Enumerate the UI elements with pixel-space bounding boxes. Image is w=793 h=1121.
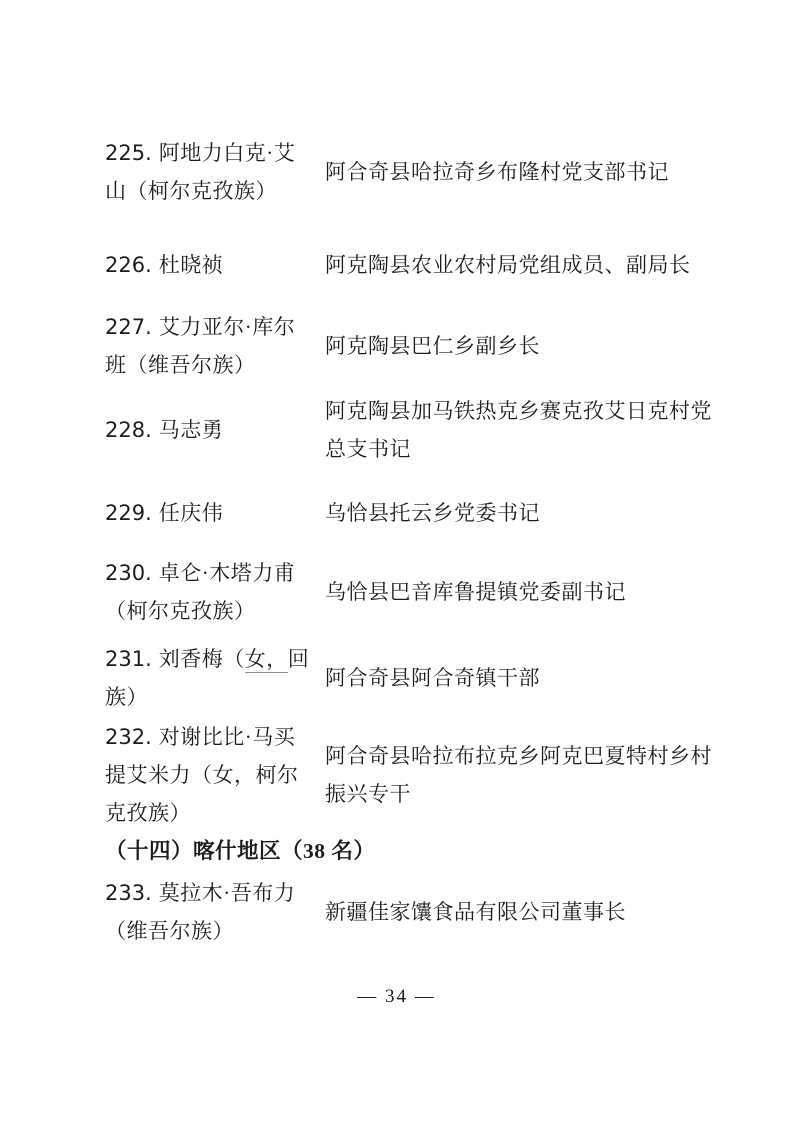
entry-name: 231.刘香梅（女，回 族） — [105, 640, 325, 716]
list-item: 226.杜晓祯 阿克陶县农业农村局党组成员、副局长 — [105, 246, 690, 284]
list-item: 225.阿地力白克·艾 山（柯尔克孜族） 阿合奇县哈拉奇乡布隆村党支部书记 — [105, 134, 690, 210]
page-number: — 34 — — [0, 986, 793, 1008]
entry-name: 227.艾力亚尔·库尔 班（维吾尔族） — [105, 308, 325, 384]
entry-position: 阿克陶县巴仁乡副乡长 — [325, 327, 690, 365]
entry-name: 229.任庆伟 — [105, 494, 325, 532]
list-item: 230.卓仑·木塔力甫 （柯尔克孜族） 乌恰县巴音库鲁提镇党委副书记 — [105, 554, 690, 630]
entry-position: 阿克陶县加马铁热克乡赛克孜艾日克村党 总支书记 — [325, 392, 712, 468]
entry-name: 232.对谢比比·马买 提艾米力（女，柯尔 克孜族） — [105, 718, 325, 832]
entry-number: 232. — [105, 725, 152, 749]
entry-name: 226.杜晓祯 — [105, 246, 325, 284]
entry-number: 229. — [105, 501, 152, 525]
list-item: 232.对谢比比·马买 提艾米力（女，柯尔 克孜族） 阿合奇县哈拉布拉克乡阿克巴… — [105, 718, 690, 832]
entry-position: 阿合奇县阿合奇镇干部 — [325, 659, 690, 697]
entry-name-text: 刘香梅（ — [159, 647, 245, 671]
list-item: 227.艾力亚尔·库尔 班（维吾尔族） 阿克陶县巴仁乡副乡长 — [105, 308, 690, 384]
section-heading: （十四）喀什地区（38 名） — [105, 832, 690, 870]
entry-number: 226. — [105, 253, 152, 277]
underline-annotation: 女， — [245, 647, 288, 673]
list-item: 228.马志勇 阿克陶县加马铁热克乡赛克孜艾日克村党 总支书记 — [105, 392, 690, 468]
entry-name-text: 任庆伟 — [159, 501, 224, 525]
list-item: 233.莫拉木·吾布力 （维吾尔族） 新疆佳家馕食品有限公司董事长 — [105, 874, 690, 950]
entry-position: 阿合奇县哈拉奇乡布隆村党支部书记 — [325, 153, 690, 191]
document-body: 225.阿地力白克·艾 山（柯尔克孜族） 阿合奇县哈拉奇乡布隆村党支部书记 22… — [0, 0, 793, 950]
entry-number: 230. — [105, 561, 152, 585]
list-item: 231.刘香梅（女，回 族） 阿合奇县阿合奇镇干部 — [105, 640, 690, 716]
entry-number: 225. — [105, 141, 152, 165]
entry-number: 228. — [105, 418, 152, 442]
list-item: 229.任庆伟 乌恰县托云乡党委书记 — [105, 494, 690, 532]
entry-name: 228.马志勇 — [105, 411, 325, 449]
entry-position: 新疆佳家馕食品有限公司董事长 — [325, 893, 690, 931]
entry-name: 233.莫拉木·吾布力 （维吾尔族） — [105, 874, 325, 950]
entry-position: 阿克陶县农业农村局党组成员、副局长 — [325, 246, 691, 284]
entry-number: 227. — [105, 315, 152, 339]
entry-number: 233. — [105, 881, 152, 905]
entry-name-text: 杜晓祯 — [159, 253, 224, 277]
entry-position: 阿合奇县哈拉布拉克乡阿克巴夏特村乡村 振兴专干 — [325, 737, 712, 813]
entry-position: 乌恰县巴音库鲁提镇党委副书记 — [325, 573, 690, 611]
entry-number: 231. — [105, 647, 152, 671]
entry-name: 230.卓仑·木塔力甫 （柯尔克孜族） — [105, 554, 325, 630]
document-page: 225.阿地力白克·艾 山（柯尔克孜族） 阿合奇县哈拉奇乡布隆村党支部书记 22… — [0, 0, 793, 1121]
entry-name: 225.阿地力白克·艾 山（柯尔克孜族） — [105, 134, 325, 210]
entry-position: 乌恰县托云乡党委书记 — [325, 494, 690, 532]
entry-name-text: 马志勇 — [159, 418, 224, 442]
